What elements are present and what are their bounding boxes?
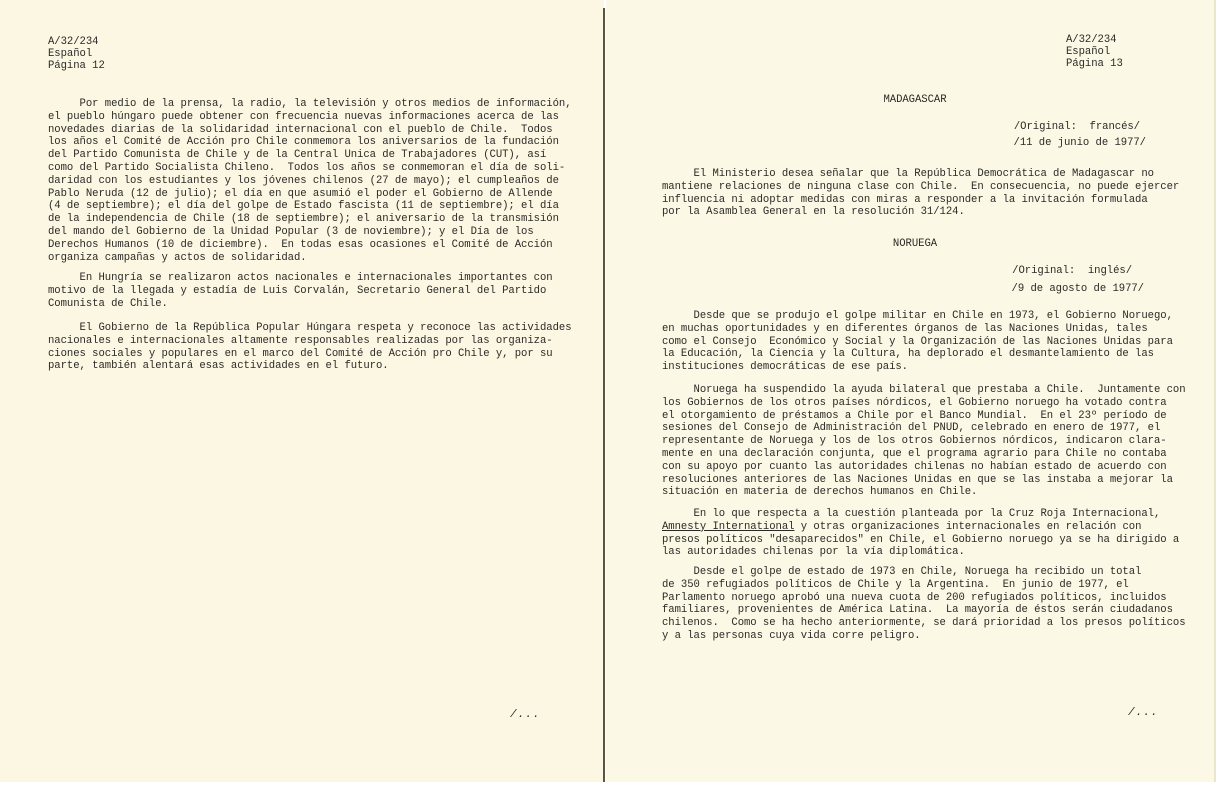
text-line: los años el Comité de Acción pro Chile c… [48, 136, 572, 149]
text-line: de 350 refugiados políticos de Chile y l… [662, 579, 1186, 592]
text-line: resoluciones anteriores de las Naciones … [662, 474, 1186, 487]
continuation-marker-right: /... [1128, 707, 1158, 720]
original-language-note: /Original: inglés/ [900, 265, 1132, 278]
left-paragraph-2: En Hungría se realizaron actos nacionale… [48, 272, 553, 310]
continuation-marker-left: /... [510, 709, 540, 722]
text-line: el pueblo húngaro puede obtener con frec… [48, 111, 572, 124]
left-page-header: A/32/234EspañolPágina 12 [48, 36, 105, 73]
right-page-header: A/32/234EspañolPágina 13 [1066, 34, 1123, 71]
document-symbol: A/32/234 [48, 36, 105, 48]
page-number: Página 13 [1066, 58, 1123, 70]
text-line: presos políticos "desaparecidos" en Chil… [662, 534, 1179, 547]
text-line: las autoridades chilenas por la vía dipl… [662, 546, 1179, 559]
text-line: los Gobiernos de los otros países nórdic… [662, 397, 1186, 410]
text-line: El Ministerio desea señalar que la Repúb… [662, 168, 1179, 181]
right-page-edge [1214, 0, 1216, 782]
text-line: y a las personas cuya vida corre peligro… [662, 630, 1186, 643]
noruega-paragraph-4: Desde el golpe de estado de 1973 en Chil… [662, 566, 1186, 643]
text-line: Amnesty International y otras organizaci… [662, 521, 1179, 534]
text-line: nacionales e internacionales altamente r… [48, 335, 572, 348]
text-line: Pablo Neruda (12 de julio); el día en qu… [48, 188, 572, 201]
section-title-madagascar: MADAGASCAR [860, 94, 970, 107]
text-line: Noruega ha suspendido la ayuda bilateral… [662, 384, 1186, 397]
text-line: En Hungría se realizaron actos nacionale… [48, 272, 553, 285]
text-line: representante de Noruega y los de los ot… [662, 435, 1186, 448]
text-line: por la Asamblea General en la resolución… [662, 206, 1179, 219]
text-span: y otras organizaciones internacionales e… [794, 521, 1141, 533]
original-language-note: /Original: francés/ [900, 121, 1140, 134]
left-paragraph-3: El Gobierno de la República Popular Húng… [48, 322, 572, 373]
text-line: En lo que respecta a la cuestión plantea… [662, 508, 1179, 521]
text-line: situación en materia de derechos humanos… [662, 486, 1186, 499]
document-language: Español [1066, 46, 1123, 58]
text-line: en muchas oportunidades y en diferentes … [662, 323, 1173, 336]
amnesty-international-term: Amnesty International [662, 521, 794, 533]
text-line: organiza campañas y actos de solidaridad… [48, 252, 572, 265]
text-line: parte, también alentará esas actividades… [48, 360, 572, 373]
text-line: con su apoyo por cuanto las autoridades … [662, 461, 1186, 474]
text-line: como el Consejo Económico y Social y la … [662, 336, 1173, 349]
text-line: como del Partido Socialista Chileno. Tod… [48, 162, 572, 175]
text-line: El Gobierno de la República Popular Húng… [48, 322, 572, 335]
text-line: chilenos. Como se ha hecho anteriormente… [662, 617, 1186, 630]
text-line: familiares, provenientes de América Lati… [662, 604, 1186, 617]
text-line: (4 de septiembre); el día del golpe de E… [48, 200, 572, 213]
document-language: Español [48, 48, 105, 60]
noruega-paragraph-2: Noruega ha suspendido la ayuda bilateral… [662, 384, 1186, 499]
madagascar-paragraph: El Ministerio desea señalar que la Repúb… [662, 168, 1179, 219]
text-line: Desde que se produjo el golpe militar en… [662, 310, 1173, 323]
text-line: Derechos Humanos (10 de diciembre). En t… [48, 239, 572, 252]
section-date: /9 de agosto de 1977/ [900, 283, 1144, 296]
text-line: influencia ni adoptar medidas con miras … [662, 194, 1179, 207]
text-line: daridad con los estudiantes y los jóvene… [48, 175, 572, 188]
text-line: la Educación, la Ciencia y la Cultura, h… [662, 348, 1173, 361]
text-line: Parlamento noruego aprobó una nueva cuot… [662, 592, 1186, 605]
text-line: Comunista de Chile. [48, 298, 553, 311]
text-line: del mando del Gobierno de la Unidad Popu… [48, 226, 572, 239]
text-line: del Partido Comunista de Chile y de la C… [48, 149, 572, 162]
text-line: ciones sociales y populares en el marco … [48, 348, 572, 361]
section-title-noruega: NORUEGA [870, 238, 960, 251]
noruega-paragraph-3: En lo que respecta a la cuestión plantea… [662, 508, 1179, 559]
page-number: Página 12 [48, 60, 105, 72]
text-line: sesiones del Consejo de Administración d… [662, 422, 1186, 435]
text-line: Desde el golpe de estado de 1973 en Chil… [662, 566, 1186, 579]
document-symbol: A/32/234 [1066, 34, 1123, 46]
text-line: mente en una declaración conjunta, que e… [662, 448, 1186, 461]
noruega-paragraph-1: Desde que se produjo el golpe militar en… [662, 310, 1173, 374]
text-line: instituciones democráticas de ese país. [662, 361, 1173, 374]
left-paragraph-1: Por medio de la prensa, la radio, la tel… [48, 98, 572, 264]
text-line: Por medio de la prensa, la radio, la tel… [48, 98, 572, 111]
text-line: motivo de la llegada y estadía de Luis C… [48, 285, 553, 298]
text-line: mantiene relaciones de ninguna clase con… [662, 181, 1179, 194]
section-date: /11 de junio de 1977/ [900, 137, 1146, 150]
text-line: de la independencia de Chile (18 de sept… [48, 213, 572, 226]
page-spine-divider [603, 8, 605, 782]
text-line: novedades diarias de la solidaridad inte… [48, 124, 572, 137]
text-line: el otorgamiento de préstamos a Chile por… [662, 410, 1186, 423]
